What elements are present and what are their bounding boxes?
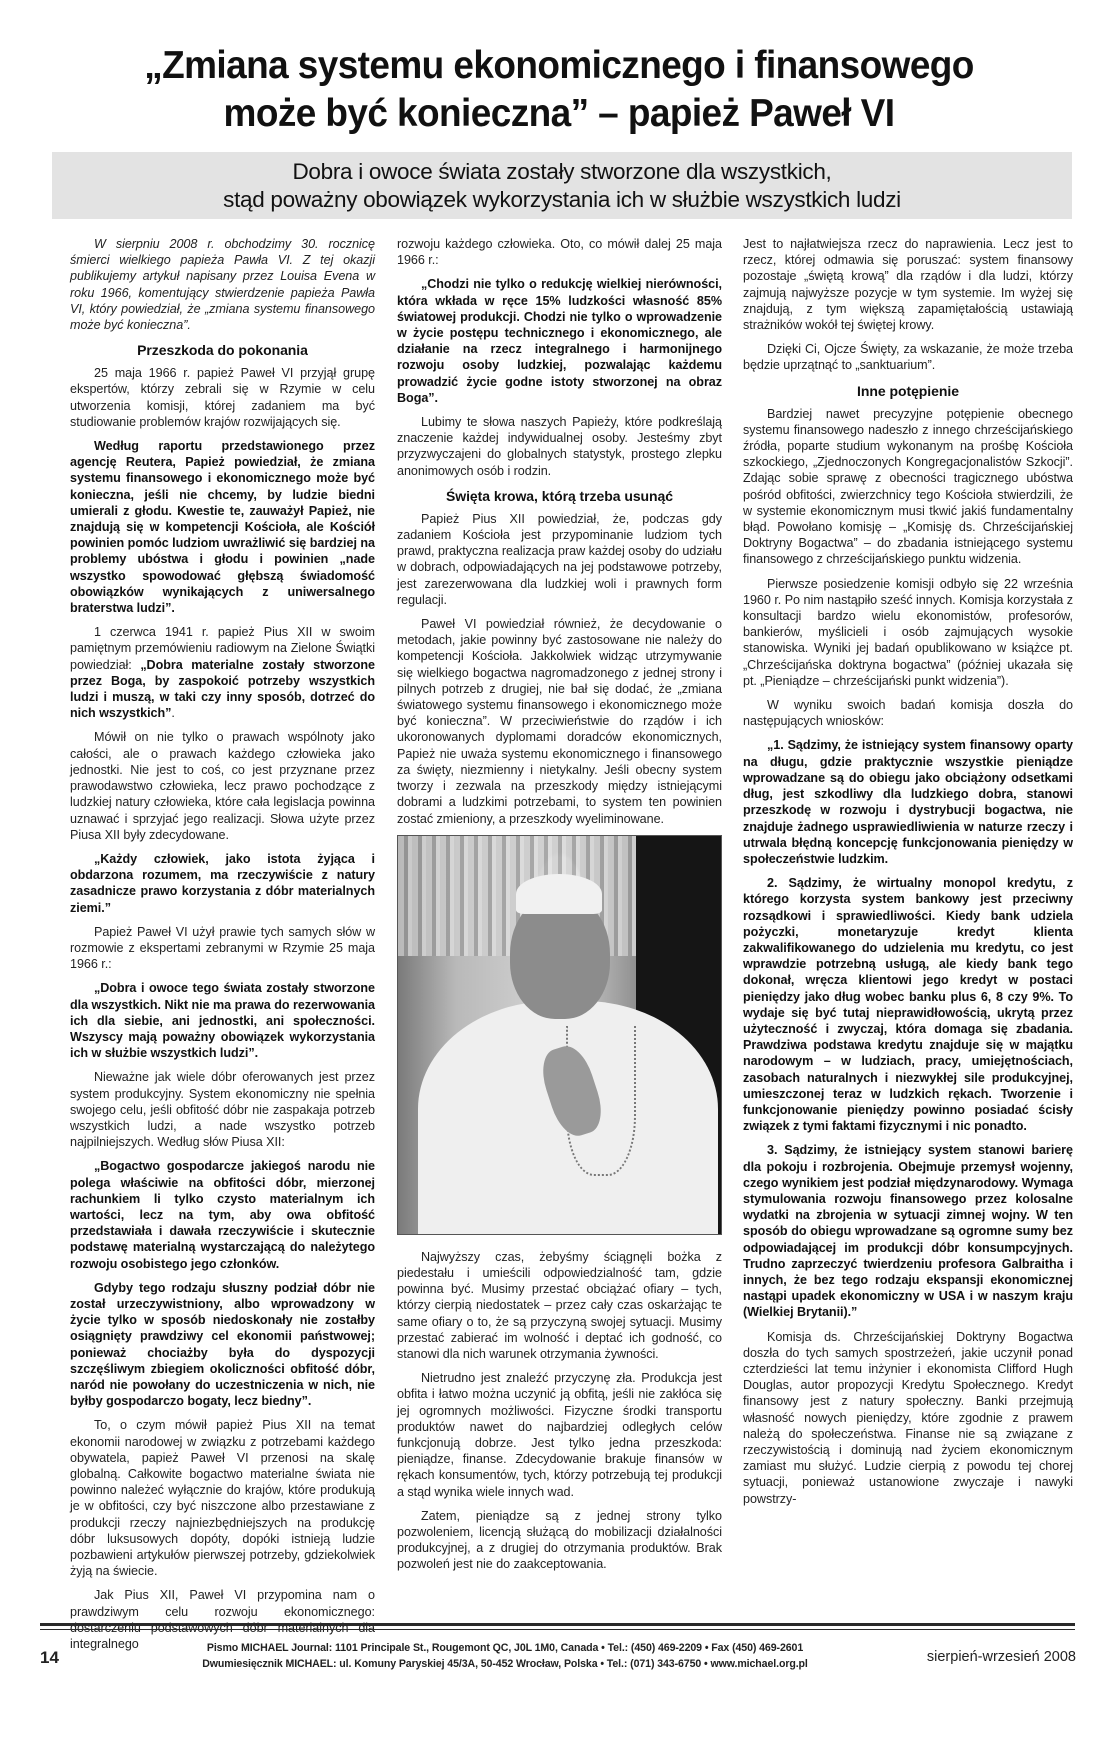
lead-paragraph: W sierpniu 2008 r. obchodzimy 30. roczni… [70, 236, 375, 333]
conclusion-3: 3. Sądzimy, że istniejący system stanowi… [743, 1142, 1073, 1320]
section-heading: Inne potępienie [743, 382, 1073, 400]
publisher-line-canada: Pismo MICHAEL Journal: 1101 Principale S… [145, 1640, 865, 1656]
paragraph-end: . [171, 706, 174, 720]
paragraph: 1 czerwca 1941 r. papież Pius XII w swoi… [70, 624, 375, 721]
publisher-line-poland: Dwumiesięcznik MICHAEL: ul. Komuny Parys… [145, 1656, 865, 1672]
headline-line-1: „Zmiana systemu ekonomicznego i finansow… [61, 42, 1057, 90]
paragraph: Najwyższy czas, żebyśmy ściągnęli bożka … [397, 1249, 722, 1362]
paragraph: Jest to najłatwiejsza rzecz do naprawien… [743, 236, 1073, 333]
publisher-info: Pismo MICHAEL Journal: 1101 Principale S… [145, 1640, 865, 1672]
article-column-3: Jest to najłatwiejsza rzecz do naprawien… [743, 236, 1073, 1515]
conclusion-1: „1. Sądzimy, że istniejący system finans… [743, 737, 1073, 867]
section-heading: Przeszkoda do pokonania [70, 341, 375, 359]
article-headline: „Zmiana systemu ekonomicznego i finansow… [61, 42, 1057, 138]
quote-paragraph: „Bogactwo gospodarcze jakiegoś narodu ni… [70, 1158, 375, 1271]
quote-paragraph: Gdyby tego rodzaju słuszny podział dóbr … [70, 1280, 375, 1410]
paragraph: Zatem, pieniądze są z jednej strony tylk… [397, 1508, 722, 1573]
article-column-1: W sierpniu 2008 r. obchodzimy 30. roczni… [70, 236, 375, 1660]
paragraph: Komisja ds. Chrześcijańskiej Doktryny Bo… [743, 1329, 1073, 1507]
section-heading: Święta krowa, którą trzeba usunąć [397, 487, 722, 505]
paragraph: Paweł VI powiedział również, że decydowa… [397, 616, 722, 827]
paragraph: Mówił on nie tylko o prawach wspólnoty j… [70, 729, 375, 842]
paragraph: Nietrudno jest znaleźć przyczynę zła. Pr… [397, 1370, 722, 1500]
issue-date: sierpień-wrzesień 2008 [927, 1649, 1076, 1665]
quote-paragraph: „Dobra i owoce tego świata zostały stwor… [70, 980, 375, 1061]
paragraph: To, o czym mówił papież Pius XII na tema… [70, 1417, 375, 1579]
conclusion-2: 2. Sądzimy, że wirtualny monopol kredytu… [743, 875, 1073, 1134]
subtitle-band: Dobra i owoce świata zostały stworzone d… [52, 152, 1072, 219]
footer-rule-thick [40, 1623, 1075, 1626]
quote-paragraph: „Chodzi nie tylko o redukcję wielkiej ni… [397, 276, 722, 406]
paragraph: Lubimy te słowa naszych Papieży, które p… [397, 414, 722, 479]
paragraph: 25 maja 1966 r. papież Paweł VI przyjął … [70, 365, 375, 430]
page-number: 14 [40, 1648, 59, 1668]
paragraph: rozwoju każdego człowieka. Oto, co mówił… [397, 236, 722, 268]
paragraph: Papież Paweł VI użył prawie tych samych … [70, 924, 375, 973]
article-column-2: rozwoju każdego człowieka. Oto, co mówił… [397, 236, 722, 1581]
headline-line-2: może być konieczna” – papież Paweł VI [61, 90, 1057, 138]
paragraph: Nieważne jak wiele dóbr oferowanych jest… [70, 1069, 375, 1150]
paragraph: W wyniku swoich badań komisja doszła do … [743, 697, 1073, 729]
paragraph: Papież Pius XII powiedział, że, podczas … [397, 511, 722, 608]
bold-paragraph: Według raportu przedstawionego przez age… [70, 438, 375, 616]
paragraph: Pierwsze posiedzenie komisji odbyło się … [743, 576, 1073, 689]
subtitle-line-2: stąd poważny obowiązek wykorzystania ich… [52, 186, 1072, 214]
photo-zucchetto [516, 874, 602, 914]
footer-rule-thin [40, 1629, 1075, 1630]
subtitle-line-1: Dobra i owoce świata zostały stworzone d… [52, 158, 1072, 186]
quote-paragraph: „Każdy człowiek, jako istota żyjąca i ob… [70, 851, 375, 916]
paragraph: Bardziej nawet precyzyjne potępienie obe… [743, 406, 1073, 568]
pope-paul-vi-photo [397, 835, 722, 1235]
paragraph: Dzięki Ci, Ojcze Święty, za wskazanie, ż… [743, 341, 1073, 373]
